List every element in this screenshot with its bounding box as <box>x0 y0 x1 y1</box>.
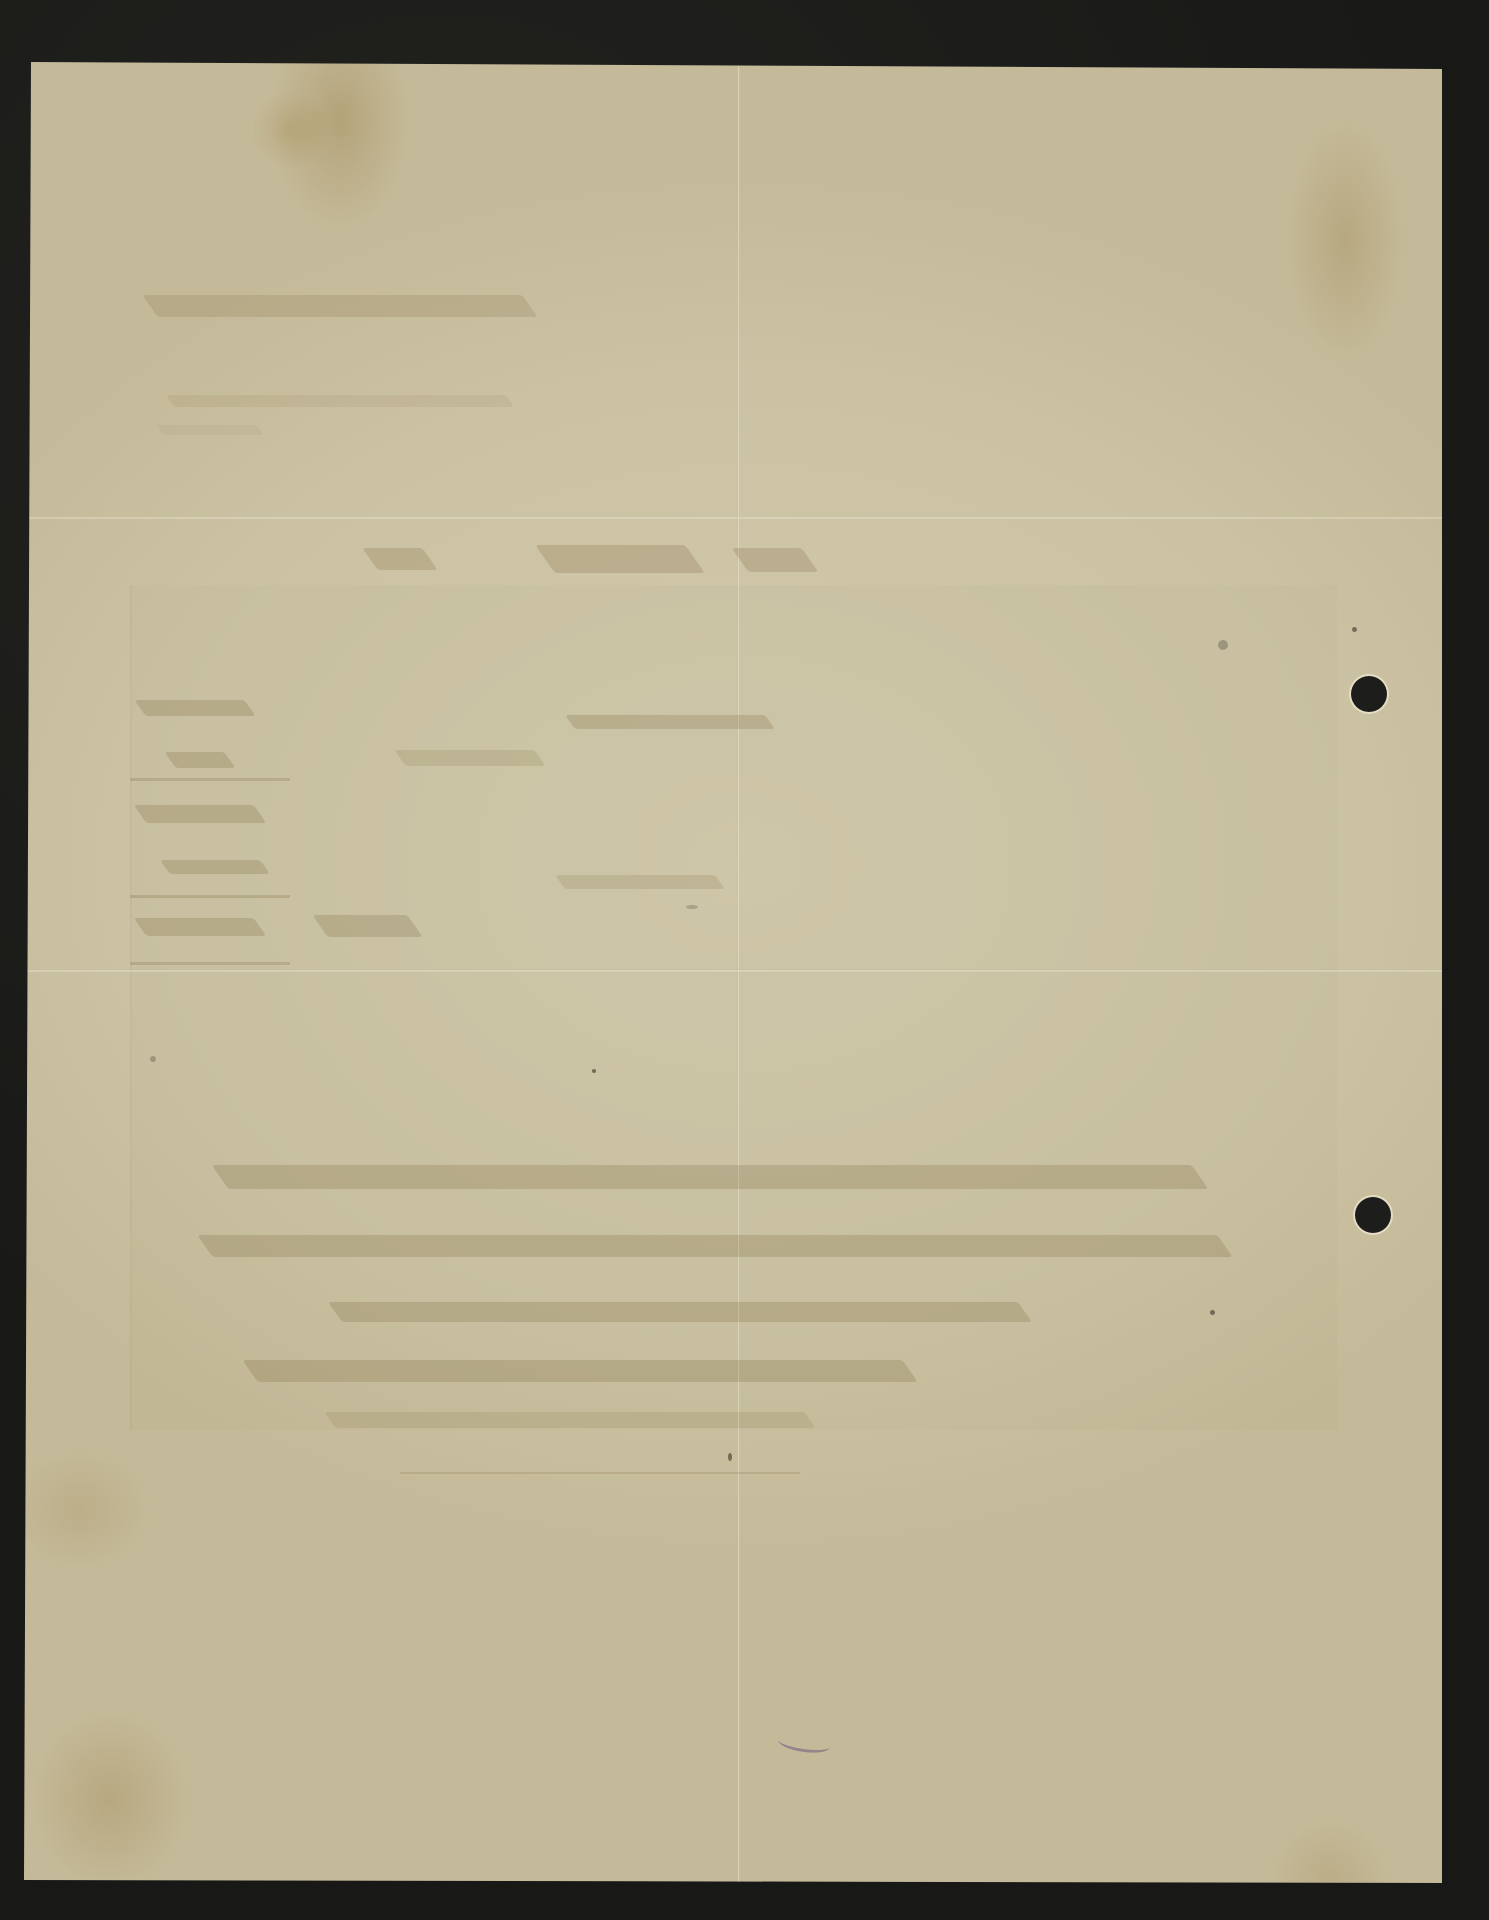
punch-hole-lower <box>1355 1197 1391 1233</box>
horizontal-fold-line <box>26 969 1442 973</box>
upper-fold-line <box>28 517 1442 519</box>
pencil-mark <box>777 1731 831 1755</box>
vertical-fold-line <box>737 66 740 1882</box>
punch-hole-upper <box>1351 676 1387 712</box>
letter-sheet <box>0 0 1489 1920</box>
